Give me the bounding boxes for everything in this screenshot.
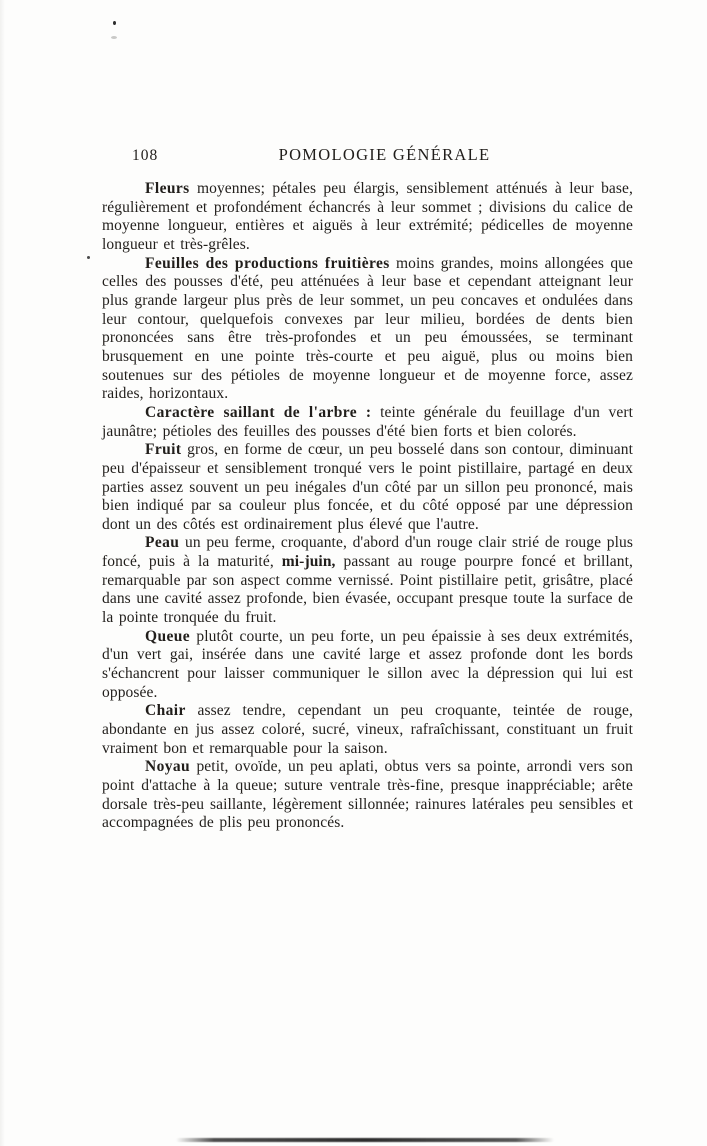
paragraph-fleurs: Fleurs moyennes; pétales peu élargis, se… (102, 180, 633, 255)
scan-edge-shading (0, 0, 5, 1146)
paragraph-fruit: Fruit gros, en forme de cœur, un peu bos… (102, 441, 633, 534)
lead-word-peau: Peau (145, 534, 179, 551)
paragraph-chair: Chair assez tendre, cependant un peu cro… (102, 702, 633, 758)
lead-word-noyau: Noyau (145, 758, 190, 775)
bold-inline-mi-juin: mi-juin, (282, 553, 336, 570)
page-header: 108 POMOLOGIE GÉNÉRALE (102, 145, 633, 164)
paragraph-peau: Peau un peu ferme, croquante, d'abord d'… (102, 534, 633, 627)
scanned-book-page: 108 POMOLOGIE GÉNÉRALE Fleurs moyennes; … (0, 0, 707, 1146)
paragraph-caractere-saillant: Caractère saillant de l'arbre : teinte g… (102, 404, 633, 441)
lead-word-chair: Chair (145, 702, 186, 719)
scan-speck (113, 21, 116, 25)
paragraph-feuilles-text: moins grandes, moins allongées que celle… (102, 255, 633, 403)
paragraph-fruit-text: gros, en forme de cœur, un peu bosselé d… (102, 441, 633, 533)
running-title: POMOLOGIE GÉNÉRALE (119, 145, 650, 164)
page-content: 108 POMOLOGIE GÉNÉRALE Fleurs moyennes; … (102, 145, 633, 833)
lead-word-queue: Queue (145, 628, 190, 645)
paragraph-feuilles: Feuilles des productions fruitières moin… (102, 255, 633, 404)
lead-word-feuilles: Feuilles des productions fruitières (145, 255, 390, 272)
paragraph-queue: Queue plutôt courte, un peu forte, un pe… (102, 628, 633, 703)
lead-phrase-caractere-saillant: Caractère saillant de l'arbre : (145, 404, 372, 421)
scan-speck (111, 36, 117, 39)
scan-speck (87, 256, 90, 259)
body-text: Fleurs moyennes; pétales peu élargis, se… (102, 180, 633, 833)
lead-word-fruit: Fruit (145, 441, 181, 458)
scan-bottom-streak-artifact (176, 1138, 554, 1142)
lead-word-fleurs: Fleurs (145, 180, 190, 197)
paragraph-noyau: Noyau petit, ovoïde, un peu aplati, obtu… (102, 758, 633, 833)
